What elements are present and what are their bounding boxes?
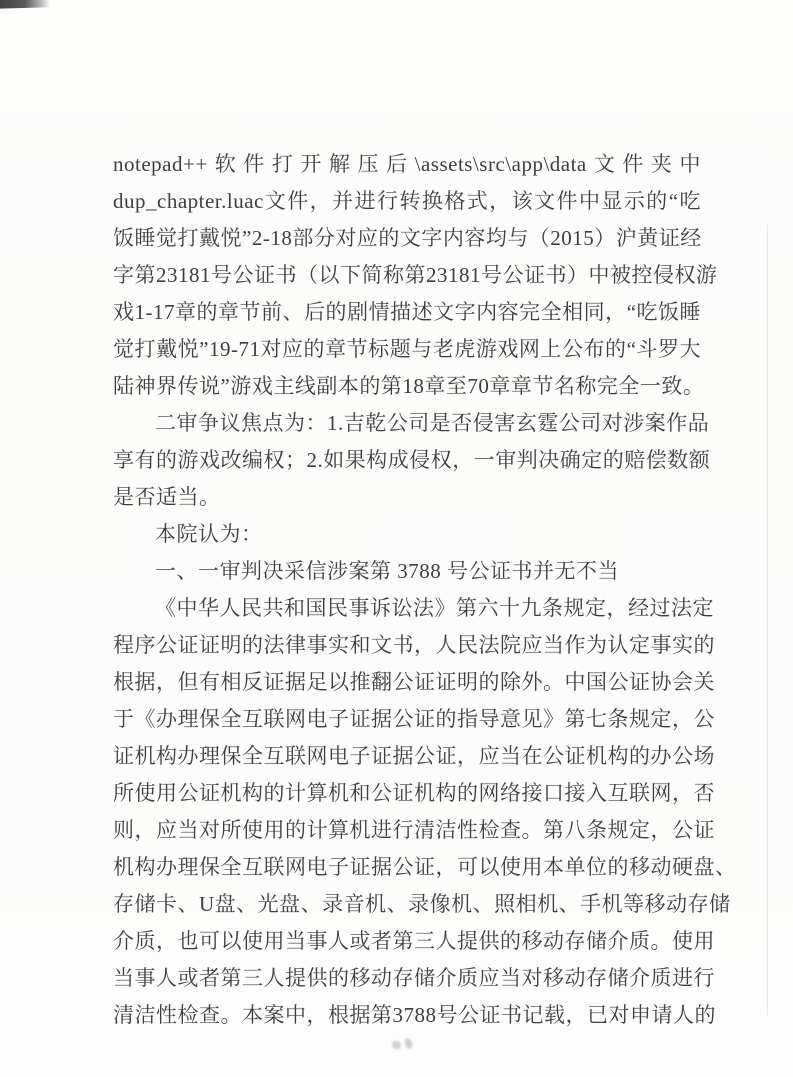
text-line: 是否适当。 [113,479,701,516]
text-line: 于《办理保全互联网电子证据公证的指导意见》第七条规定，公 [113,701,701,738]
document-text: notepad++软件打开解压后\assets\src\app\data文件夹中… [113,146,701,1034]
text-line: 陆神界传说”游戏主线副本的第18章至70章章节名称完全一致。 [113,368,701,405]
text-line: 《中华人民共和国民事诉讼法》第六十九条规定，经过法定 [113,590,701,627]
text-line: 当事人或者第三人提供的移动存储介质应当对移动存储介质进行 [113,960,701,997]
text-line: 清洁性检查。本案中，根据第3788号公证书记载，已对申请人的 [113,997,701,1034]
text-line: 则，应当对所使用的计算机进行清洁性检查。第八条规定，公证 [113,812,701,849]
text-line: 本院认为： [113,516,701,553]
text-line: 一、一审判决采信涉案第 3788 号公证书并无不当 [113,553,701,590]
text-line: 戏1-17章的章节前、后的剧情描述文字内容完全相同，“吃饭睡 [113,294,701,331]
text-line: 根据，但有相反证据足以推翻公证证明的除外。中国公证协会关 [113,664,701,701]
text-line: 存储卡、U盘、光盘、录音机、录像机、照相机、手机等移动存储 [113,886,701,923]
text-line: 享有的游戏改编权；2.如果构成侵权，一审判决确定的赔偿数额 [113,442,701,479]
text-line: 二审争议焦点为：1.吉乾公司是否侵害玄霆公司对涉案作品 [113,405,701,442]
text-line: 所使用公证机构的计算机和公证机构的网络接口接入互联网，否 [113,775,701,812]
scanned-document-page: notepad++软件打开解压后\assets\src\app\data文件夹中… [0,0,793,1077]
text-line: 觉打戴悦”19-71对应的章节标题与老虎游戏网上公布的“斗罗大 [113,331,701,368]
scan-corner-artifact [0,0,50,9]
text-line: dup_chapter.luac文件，并进行转换格式，该文件中显示的“吃 [113,183,701,220]
text-line: 机构办理保全互联网电子证据公证，可以使用本单位的移动硬盘、 [113,849,701,886]
text-line: 字第23181号公证书（以下简称第23181号公证书）中被控侵权游 [113,257,701,294]
page-edge-line [767,225,768,1015]
text-line: 介质，也可以使用当事人或者第三人提供的移动存储介质。使用 [113,923,701,960]
text-line: 饭睡觉打戴悦”2-18部分对应的文字内容均与（2015）沪黄证经 [113,220,701,257]
page-number-smudge [388,1038,422,1054]
text-line: 证机构办理保全互联网电子证据公证，应当在公证机构的办公场 [113,738,701,775]
text-line: notepad++软件打开解压后\assets\src\app\data文件夹中 [113,146,701,183]
text-line: 程序公证证明的法律事实和文书，人民法院应当作为认定事实的 [113,627,701,664]
